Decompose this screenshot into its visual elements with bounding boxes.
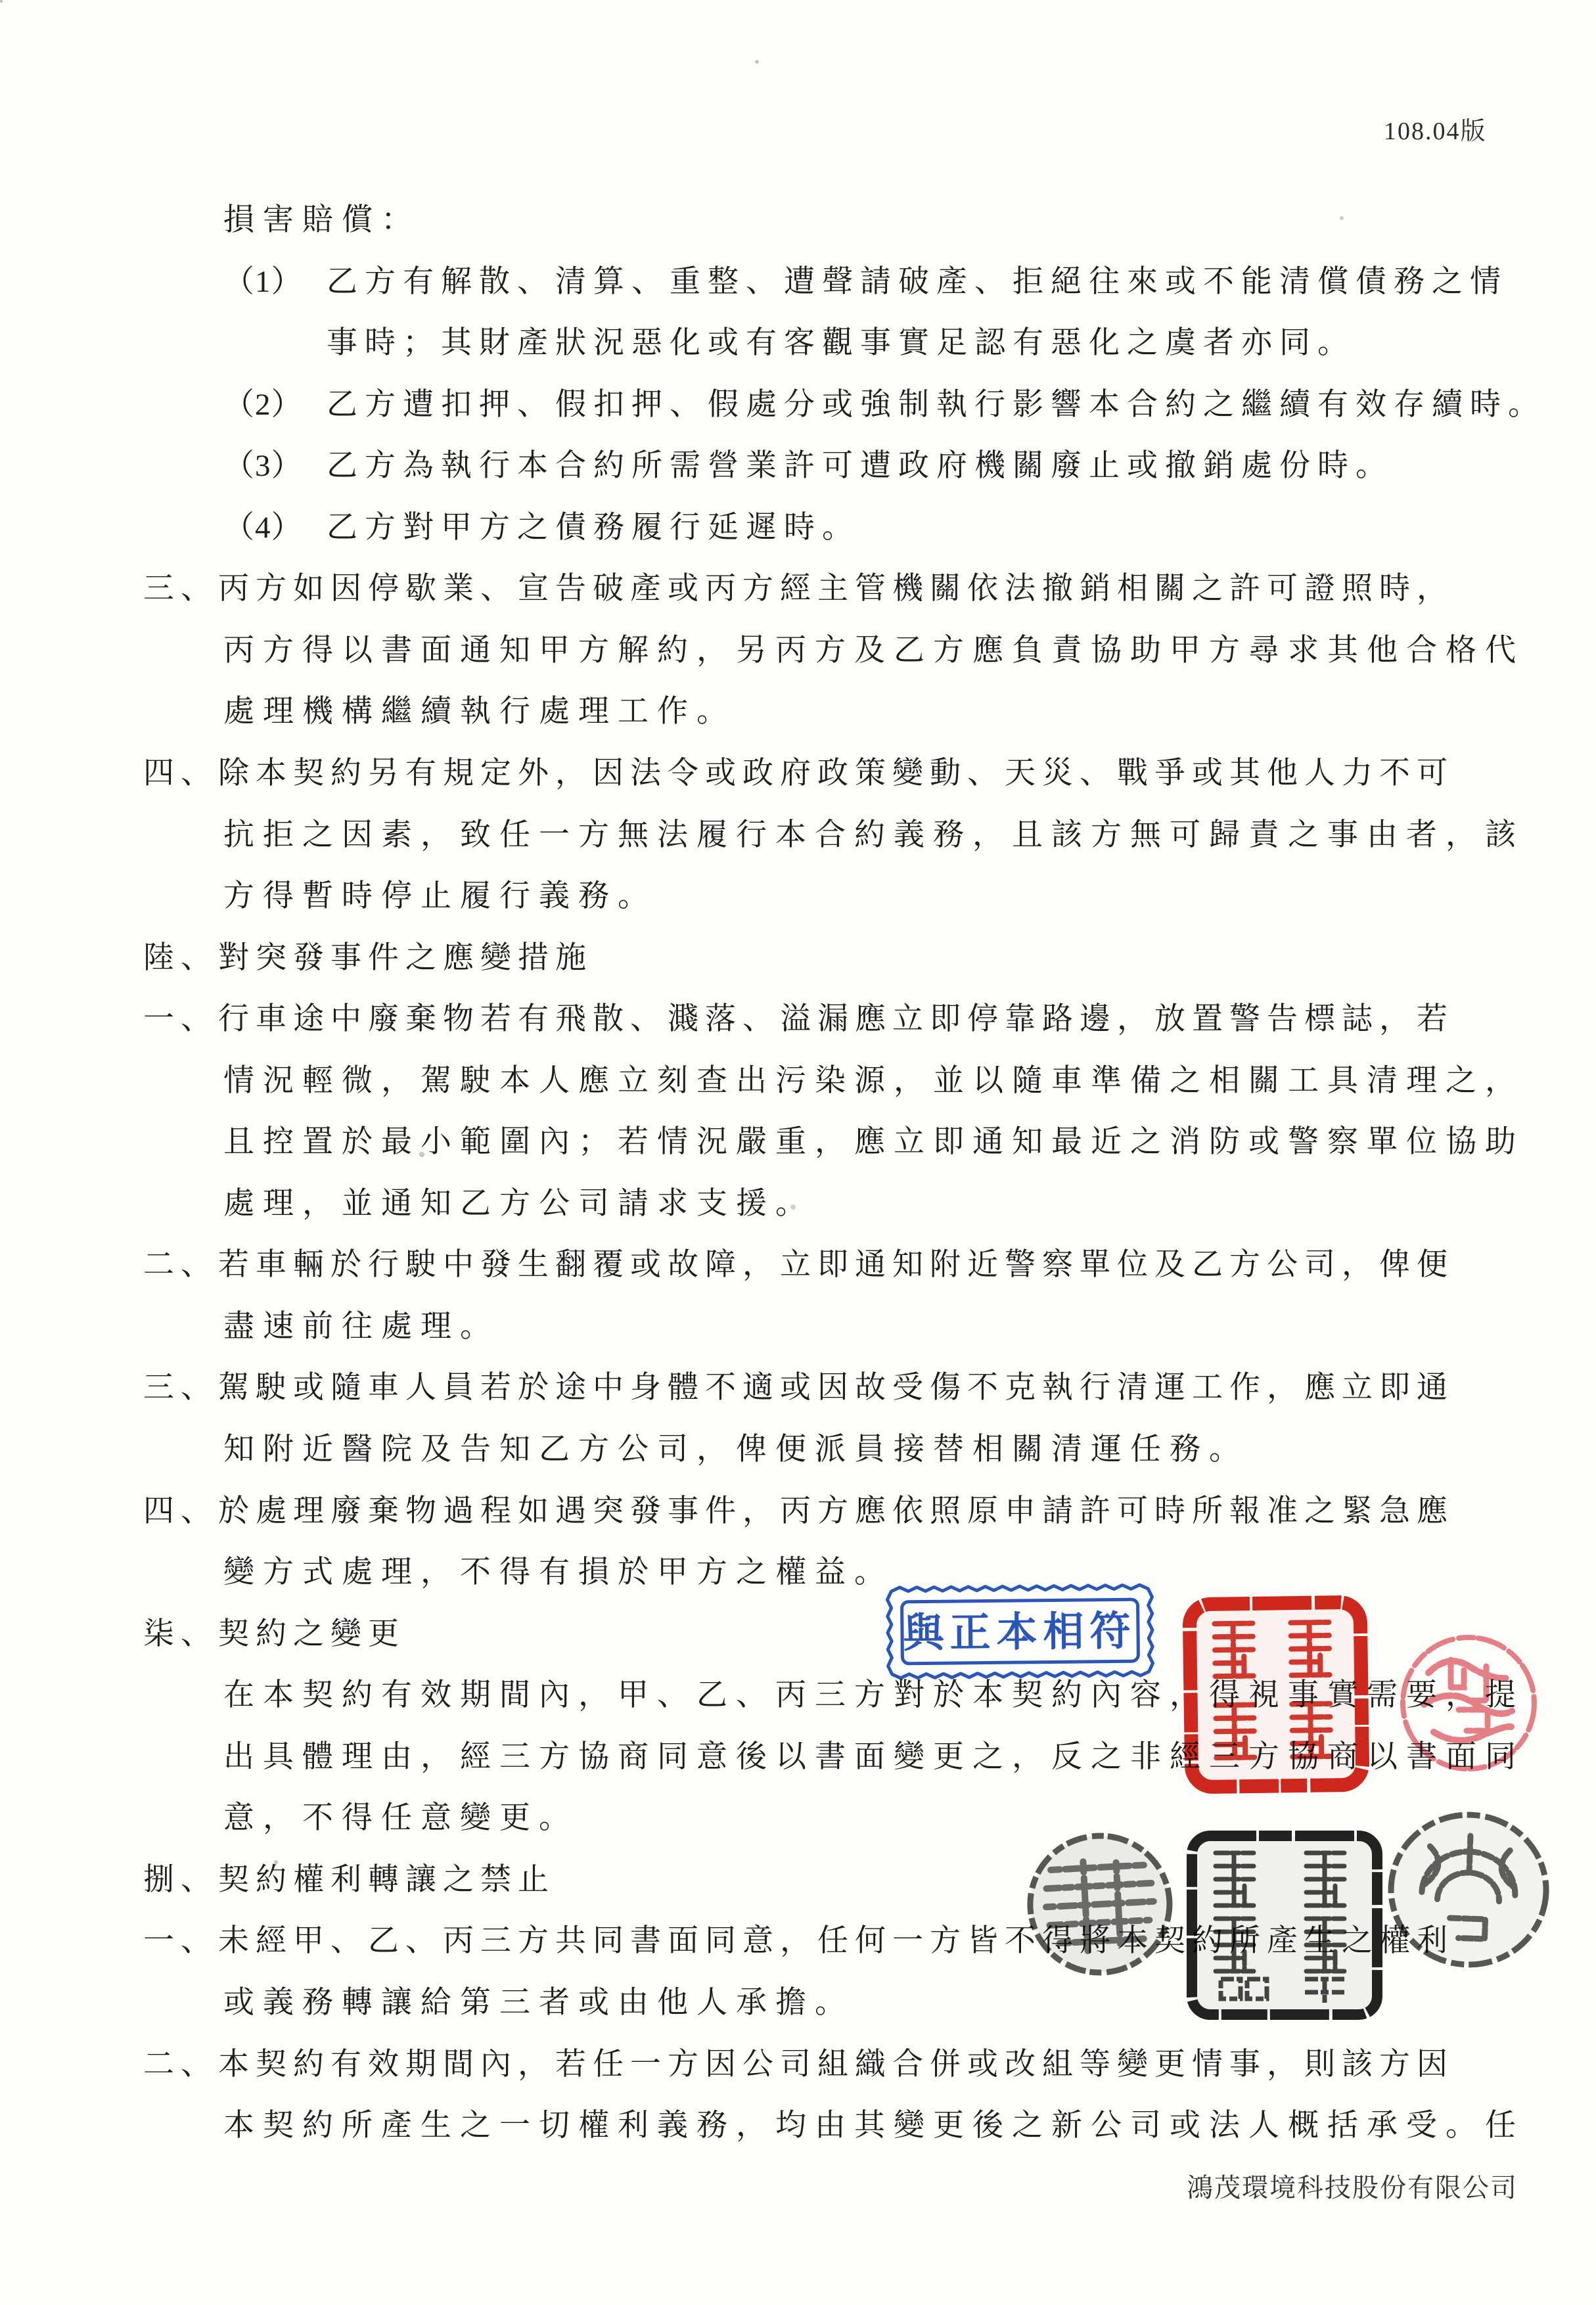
line-text: 或義務轉讓給第三者或由他人承擔。 (223, 1986, 854, 2020)
text-line: 二、若車輛於行駛中發生翻覆或故障，立即通知附近警察單位及乙方公司，俾便 (143, 1234, 1454, 1296)
text-line: 柒、契約之變更 (143, 1603, 405, 1665)
line-text: 一、行車途中廢棄物若有飛散、濺落、溢漏應立即停靠路邊，放置警告標誌，若 (143, 1002, 1454, 1036)
footer-company-name: 鴻茂環境科技股份有限公司 (1187, 2167, 1518, 2204)
red-square-seal (1179, 1591, 1373, 1798)
line-text: 乙方遭扣押、假扣押、假處分或強制執行影響本合約之繼續有效存續時。 (327, 388, 1546, 422)
line-text: 處理機構繼續執行處理工作。 (223, 695, 736, 729)
text-line: 變方式處理，不得有損於甲方之權益。 (223, 1541, 894, 1603)
text-line: 三、駕駛或隨車人員若於途中身體不適或因故受傷不克執行清運工作，應立即通 (143, 1357, 1454, 1419)
black-round-seal-right (1380, 1806, 1558, 1977)
text-line: 四、於處理廢棄物過程如遇突發事件，丙方應依照原申請許可時所報准之緊急應 (143, 1480, 1454, 1542)
black-round-seal-left-graphic (1018, 1825, 1181, 1986)
text-line: （1）乙方有解散、清算、重整、遭聲請破產、拒絕往來或不能清償債務之情 (223, 251, 1508, 313)
text-line: 或義務轉讓給第三者或由他人承擔。 (223, 1972, 854, 2034)
item-number: （2） (223, 374, 327, 436)
line-text: 乙方對甲方之債務履行延遲時。 (327, 511, 860, 545)
text-line: 事時；其財產狀況惡化或有客觀事實足認有惡化之虞者亦同。 (327, 312, 1356, 374)
text-line: 盡速前往處理。 (223, 1296, 499, 1358)
text-line: （4）乙方對甲方之債務履行延遲時。 (223, 497, 860, 559)
line-text: 四、於處理廢棄物過程如遇突發事件，丙方應依照原申請許可時所報准之緊急應 (143, 1494, 1454, 1528)
red-square-seal-graphic (1179, 1591, 1373, 1798)
line-text: 乙方有解散、清算、重整、遭聲請破產、拒絕往來或不能清償債務之情 (327, 265, 1508, 299)
black-round-seal-right-graphic (1380, 1806, 1558, 1977)
certified-copy-stamp: 與正本相符 (883, 1581, 1157, 1682)
scanned-contract-page: 108.04版 損害賠償：（1）乙方有解散、清算、重整、遭聲請破產、拒絕往來或不… (0, 0, 1596, 2305)
line-text: 處理，並通知乙方公司請求支援。 (223, 1187, 815, 1221)
red-round-seal (1394, 1626, 1543, 1781)
line-text: 盡速前往處理。 (223, 1310, 499, 1344)
line-text: 丙方得以書面通知甲方解約，另丙方及乙方應負責協助甲方尋求其他合格代 (223, 633, 1524, 668)
line-text: 二、本契約有效期間內，若任一方因公司組織合併或改組等變更情事，則該方因 (143, 2047, 1454, 2082)
text-line: 四、除本契約另有規定外，因法令或政府政策變動、天災、戰爭或其他人力不可 (143, 742, 1454, 804)
text-line: 方得暫時停止履行義務。 (223, 865, 657, 927)
text-line: 意，不得任意變更。 (223, 1787, 578, 1849)
text-line: 知附近醫院及告知乙方公司，俾便派員接替相關清運任務。 (223, 1419, 1248, 1480)
line-text: 本契約所產生之一切權利義務，均由其變更後之新公司或法人概括承受。任 (223, 2109, 1524, 2143)
line-text: 方得暫時停止履行義務。 (223, 879, 657, 913)
text-line: 本契約所產生之一切權利義務，均由其變更後之新公司或法人概括承受。任 (223, 2095, 1524, 2157)
line-text: 捌、契約權利轉讓之禁止 (143, 1863, 555, 1897)
line-text: 二、若車輛於行駛中發生翻覆或故障，立即通知附近警察單位及乙方公司，俾便 (143, 1248, 1454, 1282)
text-line: 且控置於最小範圍內；若情況嚴重，應立即通知最近之消防或警察單位協助 (223, 1111, 1524, 1173)
red-round-seal-graphic (1394, 1626, 1543, 1781)
line-text: 知附近醫院及告知乙方公司，俾便派員接替相關清運任務。 (223, 1432, 1248, 1467)
text-line: 三、丙方如因停歇業、宣告破產或丙方經主管機關依法撤銷相關之許可證照時， (143, 558, 1454, 620)
item-number: （4） (223, 497, 327, 559)
line-text: 柒、契約之變更 (143, 1617, 405, 1651)
black-square-seal (1183, 1827, 1386, 2024)
line-text: 抗拒之因素，致任一方無法履行本合約義務，且該方無可歸責之事由者，該 (223, 818, 1524, 852)
black-round-seal-left (1018, 1825, 1181, 1986)
item-number: （1） (223, 251, 327, 313)
line-text: 且控置於最小範圍內；若情況嚴重，應立即通知最近之消防或警察單位協助 (223, 1125, 1524, 1159)
item-number: （3） (223, 435, 327, 497)
text-line: 捌、契約權利轉讓之禁止 (143, 1849, 555, 1911)
certified-copy-stamp-graphic: 與正本相符 (883, 1581, 1157, 1682)
line-text: 三、丙方如因停歇業、宣告破產或丙方經主管機關依法撤銷相關之許可證照時， (143, 572, 1454, 606)
text-line: 抗拒之因素，致任一方無法履行本合約義務，且該方無可歸責之事由者，該 (223, 804, 1524, 866)
text-line: （3）乙方為執行本合約所需營業許可遭政府機關廢止或撤銷處份時。 (223, 435, 1394, 497)
black-square-seal-graphic (1183, 1827, 1386, 2024)
line-text: 三、駕駛或隨車人員若於途中身體不適或因故受傷不克執行清運工作，應立即通 (143, 1371, 1454, 1405)
line-text: 乙方為執行本合約所需營業許可遭政府機關廢止或撤銷處份時。 (327, 449, 1394, 483)
text-line: 丙方得以書面通知甲方解約，另丙方及乙方應負責協助甲方尋求其他合格代 (223, 620, 1524, 681)
text-line: 處理機構繼續執行處理工作。 (223, 681, 736, 742)
line-text: 意，不得任意變更。 (223, 1801, 578, 1835)
text-line: 處理，並通知乙方公司請求支援。 (223, 1173, 815, 1235)
text-line: 損害賠償： (223, 189, 421, 251)
text-line: 情況輕微，駕駛本人應立刻查出污染源，並以隨車準備之相關工具清理之， (223, 1050, 1524, 1112)
text-line: 一、行車途中廢棄物若有飛散、濺落、溢漏應立即停靠路邊，放置警告標誌，若 (143, 988, 1454, 1050)
line-text: 情況輕微，駕駛本人應立刻查出污染源，並以隨車準備之相關工具清理之， (223, 1064, 1524, 1098)
text-line: 二、本契約有效期間內，若任一方因公司組織合併或改組等變更情事，則該方因 (143, 2034, 1454, 2095)
line-text: 四、除本契約另有規定外，因法令或政府政策變動、天災、戰爭或其他人力不可 (143, 756, 1454, 790)
line-text: 陸、對突發事件之應變措施 (143, 941, 593, 975)
text-line: 陸、對突發事件之應變措施 (143, 927, 593, 989)
certified-copy-stamp-text: 與正本相符 (903, 1609, 1137, 1656)
line-text: 損害賠償： (223, 203, 421, 237)
line-text: 事時；其財產狀況惡化或有客觀事實足認有惡化之虞者亦同。 (327, 326, 1356, 360)
line-text: 變方式處理，不得有損於甲方之權益。 (223, 1555, 894, 1589)
text-line: （2）乙方遭扣押、假扣押、假處分或強制執行影響本合約之繼續有效存續時。 (223, 374, 1546, 436)
